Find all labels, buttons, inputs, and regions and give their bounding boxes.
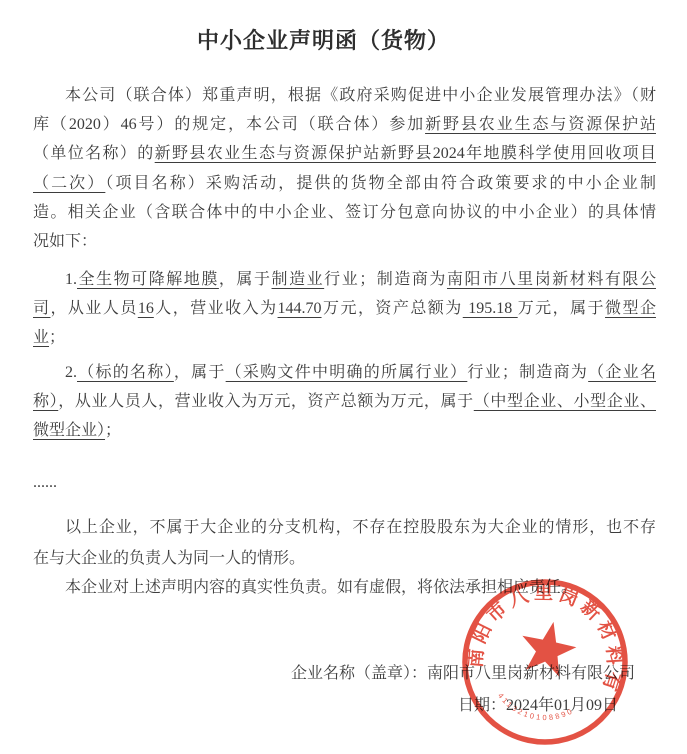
text-line: ......: [33, 468, 656, 497]
text-segment: 本企业对上述声明内容的真实性负责。如有虚假，将依法承担相应责任。: [65, 579, 577, 596]
company-name-value: 南阳市八里岗新材料有限公司: [427, 665, 635, 682]
company-name-seal-line: 企业名称（盖章）：南阳市八里岗新材料有限公司: [291, 661, 635, 687]
text-segment: 人，营业收入为: [154, 300, 278, 317]
text-segment: 行业；制造商为: [467, 364, 588, 381]
date-line: 日期：2024年01月09日: [458, 693, 618, 719]
text-line: 称），从业人员人，营业收入为万元，资产总额为万元，属于（中型企业、小型企业、: [33, 387, 656, 416]
text-line: 司，从业人员16人，营业收入为144.70万元，资产总额为 195.18 万元，…: [33, 294, 656, 323]
document-body: 本公司（联合体）郑重声明，根据《政府采购促进中小企业发展管理办法》（财库（202…: [0, 0, 687, 754]
underlined-field: （标的名称）: [77, 364, 174, 381]
text-segment: 在与大企业的负责人为同一人的情形。: [33, 550, 305, 567]
text-segment: ......: [33, 474, 57, 491]
text-line: 本公司（联合体）郑重声明，根据《政府采购促进中小企业发展管理办法》（财: [33, 81, 656, 110]
text-line: 本企业对上述声明内容的真实性负责。如有虚假，将依法承担相应责任。: [33, 573, 656, 602]
text-segment: 万元，属于: [518, 300, 605, 317]
underlined-field: 新野县农业生态与资源保护站: [425, 116, 656, 133]
text-segment: 万元，资产总额为: [322, 300, 463, 317]
text-line: 在与大企业的负责人为同一人的情形。: [33, 544, 656, 573]
underlined-field: （中型企业、小型企业、: [474, 393, 656, 410]
underlined-field: （企业名: [588, 364, 656, 381]
underlined-field: 新野县农业生态与资源保护站新野县2024年地膜科学使用回收项目: [155, 145, 656, 162]
text-segment: 以上企业，不属于大企业的分支机构，不存在控股股东为大企业的情形，也不存: [65, 519, 656, 536]
underlined-field: 全生物可降解地膜: [77, 271, 219, 288]
text-segment: ，属于: [174, 364, 226, 381]
text-segment: 行业；制造商为: [324, 271, 447, 288]
underlined-field: 业: [33, 329, 49, 346]
text-line: 库（2020）46号）的规定，本公司（联合体）参加新野县农业生态与资源保护站: [33, 110, 656, 139]
text-segment: 2.: [65, 364, 77, 381]
underlined-field: 微型企业）: [33, 422, 105, 439]
text-segment: ，从业人员: [50, 300, 137, 317]
text-segment: 1.: [65, 271, 77, 288]
underlined-field: （采购文件中明确的所属行业）: [226, 364, 468, 381]
text-segment: ；: [105, 422, 121, 439]
underlined-field: 195.18: [463, 300, 518, 317]
underlined-field: 南阳市八里岗新材料有限公: [447, 271, 656, 288]
text-line: （单位名称）的新野县农业生态与资源保护站新野县2024年地膜科学使用回收项目: [33, 139, 656, 168]
underlined-field: （二次）: [33, 175, 105, 192]
text-line: 2.（标的名称），属于（采购文件中明确的所属行业）行业；制造商为（企业名: [33, 358, 656, 387]
underlined-field: 制造业: [272, 271, 325, 288]
text-segment: （项目名称）采购活动，提供的货物全部由符合政策要求的中小企业制: [105, 175, 656, 192]
text-segment: （单位名称）的: [33, 145, 155, 162]
text-line: 造。相关企业（含联合体中的中小企业、签订分包意向协议的中小企业）的具体情: [33, 198, 656, 227]
text-line: 微型企业）；: [33, 416, 656, 445]
text-segment: ，属于: [219, 271, 272, 288]
text-segment: 本公司（联合体）郑重声明，根据《政府采购促进中小企业发展管理办法》（财: [65, 87, 656, 104]
text-line: 以上企业，不属于大企业的分支机构，不存在控股股东为大企业的情形，也不存: [33, 513, 656, 542]
text-segment: 库（2020）46号）的规定，本公司（联合体）参加: [33, 116, 425, 133]
underlined-field: 16: [138, 300, 154, 317]
text-line: 况如下：: [33, 227, 656, 256]
text-segment: 造。相关企业（含联合体中的中小企业、签订分包意向协议的中小企业）的具体情: [33, 204, 656, 221]
text-line: 业；: [33, 323, 656, 352]
text-line: （二次）（项目名称）采购活动，提供的货物全部由符合政策要求的中小企业制: [33, 169, 656, 198]
text-segment: ；: [49, 329, 65, 346]
underlined-field: 微型企: [605, 300, 656, 317]
text-segment: ，从业人员人，营业收入为万元，资产总额为万元，属于: [58, 393, 474, 410]
underlined-field: 司: [33, 300, 50, 317]
date-value: 2024年01月09日: [506, 697, 618, 714]
date-label: 日期：: [458, 697, 506, 714]
text-segment: 况如下：: [33, 233, 97, 250]
underlined-field: 称）: [33, 393, 58, 410]
declaration-document-page: 中小企业声明函（货物） 本公司（联合体）郑重声明，根据《政府采购促进中小企业发展…: [0, 0, 687, 754]
company-name-label: 企业名称（盖章）：: [291, 665, 427, 682]
text-line: 1.全生物可降解地膜，属于制造业行业；制造商为南阳市八里岗新材料有限公: [33, 265, 656, 294]
underlined-field: 144.70: [278, 300, 322, 317]
